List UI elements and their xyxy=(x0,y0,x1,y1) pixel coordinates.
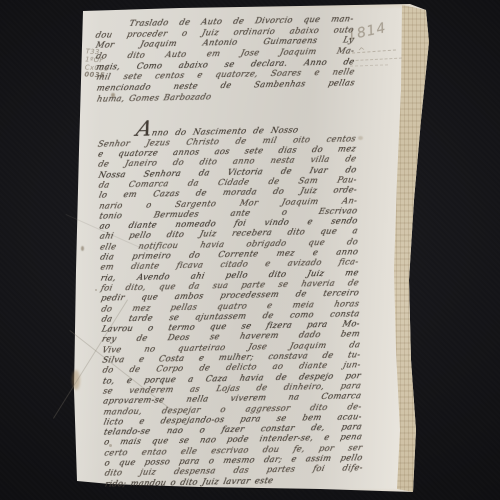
ink-stain xyxy=(95,289,97,291)
heading-paragraph: Traslado de Auto de Divorcio que man-dou… xyxy=(94,13,354,104)
body-paragraph: Anno do Nascimento de NossoSenhor Jezus … xyxy=(96,123,361,489)
ink-stain xyxy=(81,246,84,251)
show-through-smudge xyxy=(358,136,363,140)
handwritten-text-block: Traslado de Auto de Divorcio que man-dou… xyxy=(94,9,362,488)
photo-backdrop: T331ºOFCx0010035 1814 ^ Traslado de Auto… xyxy=(0,0,500,500)
